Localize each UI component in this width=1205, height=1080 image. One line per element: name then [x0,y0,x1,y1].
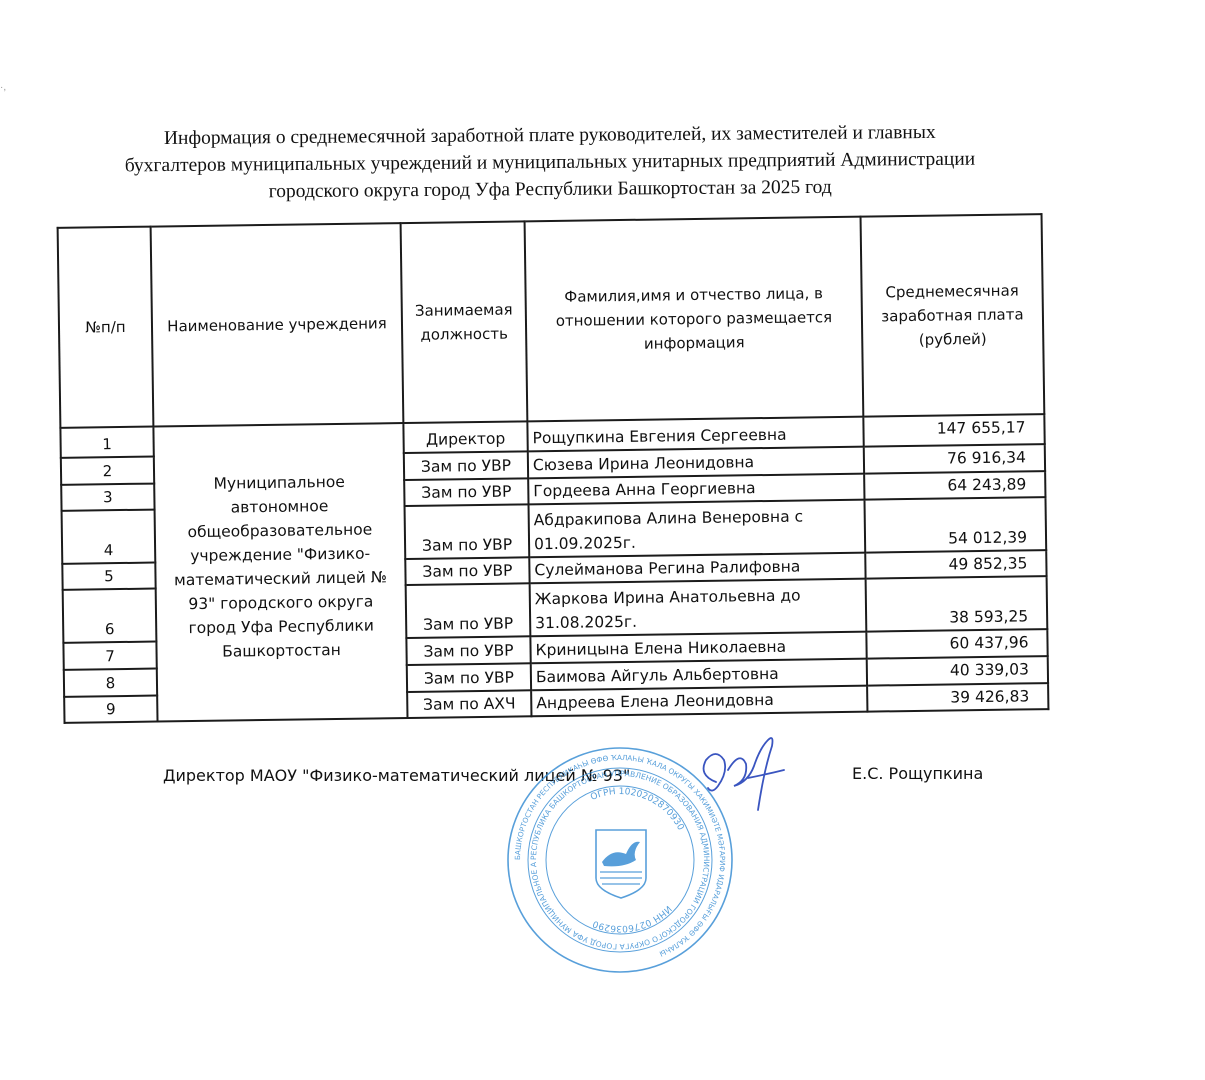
signature-icon [688,730,798,820]
row-number: 5 [62,563,155,590]
row-number: 2 [61,457,154,485]
full-name: Андреева Елена Леонидовна [531,686,867,717]
average-salary: 76 916,34 [864,444,1045,474]
position: Зам по УВР [404,451,528,480]
average-salary: 40 339,03 [867,656,1048,686]
position: Зам по УВР [405,557,529,585]
row-number: 9 [64,696,157,723]
row-number: 1 [60,427,153,458]
salary-table: №п/п Наименование учреждения Занимаемая … [57,213,1050,724]
position: Зам по УВР [407,663,531,692]
salary-table-container: №п/п Наименование учреждения Занимаемая … [57,213,1048,721]
signatory-name: Е.С. Рощупкина [852,764,983,783]
position: Зам по АХЧ [407,690,531,718]
average-salary: 60 437,96 [866,629,1047,659]
header-organization: Наименование учреждения [151,223,404,426]
header-number: №п/п [58,227,154,428]
table-header-row: №п/п Наименование учреждения Занимаемая … [58,214,1045,428]
position: Директор [403,421,527,453]
row-number: 7 [63,642,156,670]
average-salary: 49 852,35 [865,550,1046,579]
row-number: 3 [61,484,154,511]
header-salary: Среднемесячная заработная плата (рублей) [861,214,1045,417]
document-title: Информация о среднемесячной заработной п… [60,118,1041,207]
organization-name-text: Муниципальное автономное общеобразовател… [165,469,396,664]
scan-artifact: ·, [0,82,6,93]
row-number: 4 [62,510,156,564]
average-salary: 147 655,17 [863,414,1044,447]
average-salary: 54 012,39 [864,497,1046,553]
position: Зам по УВР [406,636,530,665]
position: Зам по УВР [404,478,528,506]
average-salary: 64 243,89 [864,471,1045,500]
organization-name: Муниципальное автономное общеобразовател… [153,423,407,721]
average-salary: 38 593,25 [866,576,1048,632]
row-number: 8 [64,669,157,697]
svg-text:ИНН 0276036290: ИНН 0276036290 [591,903,673,933]
position: Зам по УВР [405,504,530,559]
position: Зам по УВР [406,583,531,638]
header-position: Занимаемая должность [401,221,528,423]
full-name: Абдракипова Алина Венеровна с 01.09.2025… [529,500,866,558]
full-name: Рощупкина Евгения Сергеевна [527,417,863,452]
average-salary: 39 426,83 [867,683,1048,712]
row-number: 6 [63,589,157,643]
header-full-name: Фамилия,имя и отчество лица, в отношении… [525,217,864,422]
full-name: Жаркова Ирина Анатольевна до 31.08.2025г… [530,579,867,637]
